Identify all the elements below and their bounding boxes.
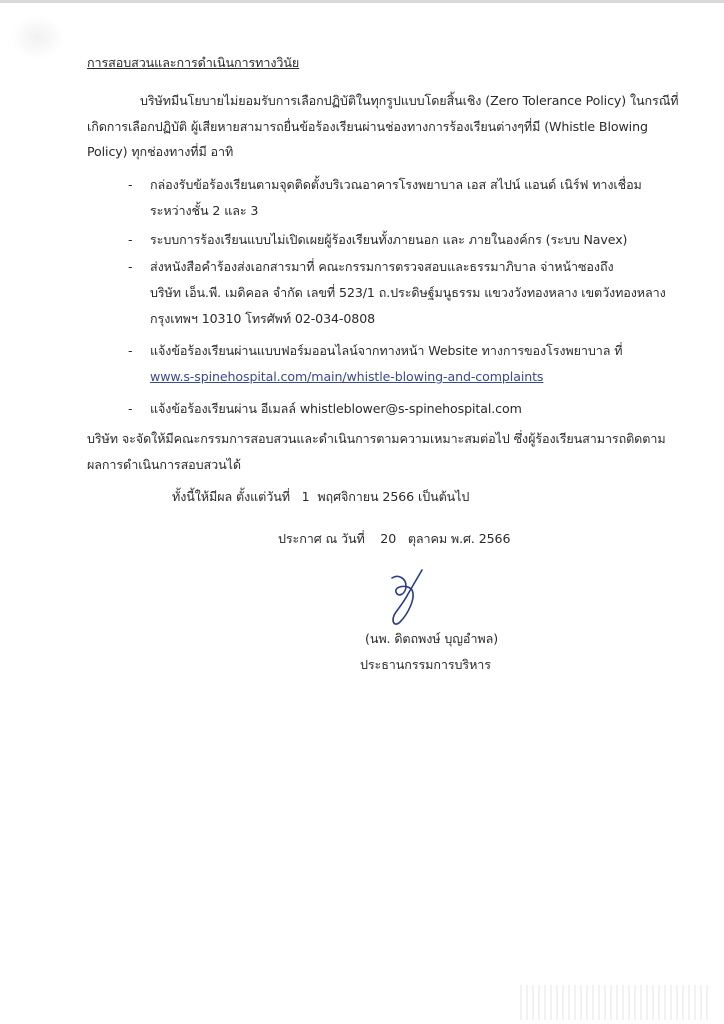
signature-icon bbox=[386, 568, 426, 630]
bullet-marker: - bbox=[128, 342, 133, 360]
scan-smudge bbox=[10, 15, 65, 60]
intro-paragraph-line-3: Policy) ทุกช่องทางที่มี อาทิ bbox=[87, 143, 233, 161]
effective-date: ทั้งนี้ให้มีผล ตั้งแต่วันที่ 1 พฤศจิกายน… bbox=[172, 488, 469, 506]
signatory-position: ประธานกรรมการบริหาร bbox=[360, 656, 491, 674]
closing-paragraph-line-2: ผลการดำเนินการสอบสวนได้ bbox=[87, 456, 241, 474]
channel-1-line-2: ระหว่างชั้น 2 และ 3 bbox=[150, 202, 258, 220]
closing-paragraph-line-1: บริษัท จะจัดให้มีคณะกรรมการสอบสวนและดำเน… bbox=[87, 430, 666, 448]
scan-artifact bbox=[520, 985, 710, 1020]
bullet-marker: - bbox=[128, 231, 133, 249]
channel-4-line-1: แจ้งข้อร้องเรียนผ่านแบบฟอร์มออนไลน์จากทา… bbox=[150, 342, 622, 360]
channel-3-line-1: ส่งหนังสือคำร้องส่งเอกสารมาที่ คณะกรรมกา… bbox=[150, 258, 614, 276]
channel-5-line-1: แจ้งข้อร้องเรียนผ่าน อีเมลล์ whistleblow… bbox=[150, 400, 522, 418]
announcement-date: ประกาศ ณ วันที่ 20 ตุลาคม พ.ศ. 2566 bbox=[278, 530, 510, 548]
channel-3-line-3: กรุงเทพฯ 10310 โทรศัพท์ 02-034-0808 bbox=[150, 310, 375, 328]
channel-3-line-2: บริษัท เอ็น.พี. เมดิคอล จำกัด เลขที่ 523… bbox=[150, 284, 666, 302]
channel-1-line-1: กล่องรับข้อร้องเรียนตามจุดติดตั้งบริเวณอ… bbox=[150, 176, 642, 194]
section-title: การสอบสวนและการดำเนินการทางวินัย bbox=[87, 54, 299, 72]
scan-top-edge bbox=[0, 0, 724, 3]
bullet-marker: - bbox=[128, 400, 133, 418]
bullet-marker: - bbox=[128, 258, 133, 276]
channel-2-line-1: ระบบการร้องเรียนแบบไม่เปิดเผยผู้ร้องเรีย… bbox=[150, 231, 627, 249]
intro-paragraph-line-2: เกิดการเลือกปฏิบัติ ผู้เสียหายสามารถยื่น… bbox=[87, 118, 648, 136]
whistle-blowing-link[interactable]: www.s-spinehospital.com/main/whistle-blo… bbox=[150, 368, 543, 386]
document-page: การสอบสวนและการดำเนินการทางวินัย บริษัทม… bbox=[0, 0, 724, 1024]
bullet-marker: - bbox=[128, 176, 133, 194]
intro-paragraph-line-1: บริษัทมีนโยบายไม่ยอมรับการเลือกปฏิบัติใน… bbox=[140, 92, 679, 110]
signatory-name: (นพ. ดิตถพงษ์ บุญอำพล) bbox=[365, 630, 498, 648]
